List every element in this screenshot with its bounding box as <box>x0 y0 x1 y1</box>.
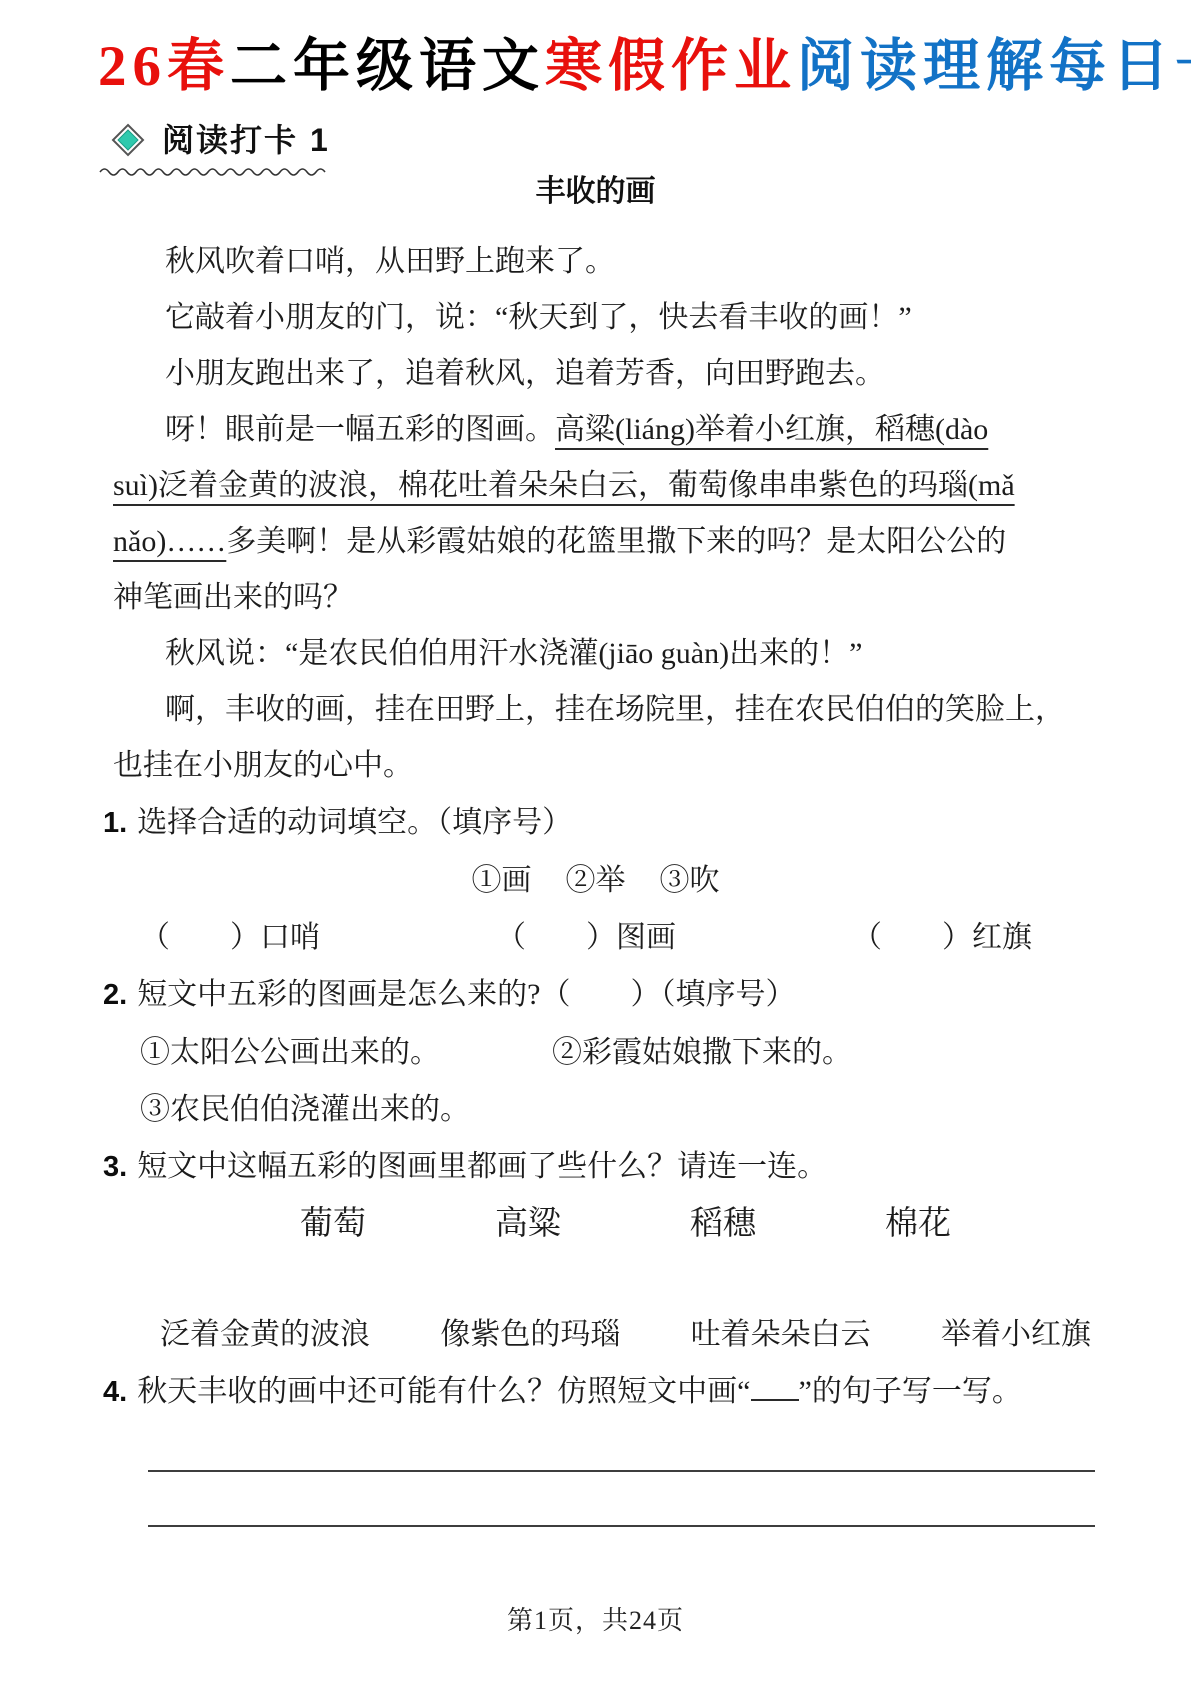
option-item: ②彩霞姑娘撒下来的。 <box>552 1024 852 1081</box>
match-item: 稻穗 <box>690 1196 756 1253</box>
passage-text: 啊，丰收的画，挂在田野上，挂在场院里，挂在农民伯伯的笑脸上， <box>165 693 1065 726</box>
passage-text: 小朋友跑出来了，追着秋风，追着芳香，向田野跑去。 <box>165 357 885 390</box>
passage-text: 也挂在小朋友的心中。 <box>113 749 413 782</box>
question-4-text-before: 秋天丰收的画中还可能有什么？仿照短文中画“ <box>137 1375 750 1408</box>
passage-text: 秋风吹着口哨，从田野上跑来了。 <box>165 245 615 278</box>
match-description: 吐着朵朵白云 <box>691 1306 871 1363</box>
option-item: ①太阳公公画出来的。 <box>140 1024 440 1081</box>
fill-blank: （ ）红旗 <box>852 909 1032 966</box>
answer-line <box>148 1525 1095 1527</box>
question-1-blanks: （ ）口哨 （ ）图画 （ ）红旗 <box>140 909 1191 966</box>
question-2-number: 2. <box>103 979 127 1011</box>
passage-line: 神笔画出来的吗？ <box>113 570 1078 626</box>
passage-line: suì)泛着金黄的波浪，棉花吐着朵朵白云，葡萄像串串紫色的玛瑙(mǎ <box>113 458 1078 514</box>
match-item: 棉花 <box>885 1196 951 1253</box>
passage-line: 秋风吹着口哨，从田野上跑来了。 <box>113 234 1078 290</box>
section-title-label: 阅读打卡 <box>162 122 298 158</box>
fill-blank: （ ）图画 <box>496 909 676 966</box>
option-item: ③吹 <box>660 852 720 909</box>
page-footer: 第1页，共24页 <box>0 1600 1191 1637</box>
match-description: 泛着金黄的波浪 <box>160 1306 370 1363</box>
question-2-options-row2: ③农民伯伯浇灌出来的。 <box>140 1081 1191 1138</box>
question-4-number: 4. <box>103 1376 127 1408</box>
fill-blank: （ ）口哨 <box>140 909 320 966</box>
match-description: 像紫色的玛瑙 <box>440 1306 620 1363</box>
question-3-number: 3. <box>103 1151 127 1183</box>
worksheet-page: 26春二年级语文寒假作业阅读理解每日一练 阅读打卡1 丰收的画 秋风吹着口哨，从… <box>0 0 1191 1684</box>
diamond-icon <box>110 122 146 158</box>
question-1: 1.选择合适的动词填空。（填序号） <box>103 794 1101 852</box>
question-3-text: 短文中这幅五彩的图画里都画了些什么？请连一连。 <box>137 1150 827 1183</box>
passage-line: 小朋友跑出来了，追着秋风，追着芳香，向田野跑去。 <box>113 346 1078 402</box>
match-description: 举着小红旗 <box>941 1306 1091 1363</box>
option-item: ③农民伯伯浇灌出来的。 <box>140 1093 470 1126</box>
question-3: 3.短文中这幅五彩的图画里都画了些什么？请连一连。 <box>103 1138 1101 1196</box>
question-4-text-after: ”的句子写一写。 <box>799 1375 1022 1408</box>
passage-line: 秋风说：“是农民伯伯用汗水浇灌(jiāo guàn)出来的！” <box>113 626 1078 682</box>
article-title: 丰收的画 <box>0 172 1191 212</box>
page-title-segment: 二年级语文 <box>230 35 545 98</box>
page-title: 26春二年级语文寒假作业阅读理解每日一练 <box>0 0 1191 100</box>
question-4: 4.秋天丰收的画中还可能有什么？仿照短文中画“”的句子写一写。 <box>103 1363 1101 1421</box>
passage-text: 神笔画出来的吗？ <box>113 581 353 614</box>
question-1-options: ①画 ②举 ③吹 <box>0 852 1191 909</box>
passage-text: 它敲着小朋友的门，说：“秋天到了，快去看丰收的画！” <box>165 301 912 334</box>
passage-underlined-text: 高粱(liáng)举着小红旗，稻穗(dào <box>555 413 988 446</box>
section-header: 阅读打卡1 <box>110 120 330 160</box>
option-item: ①画 <box>472 852 532 909</box>
question-1-text: 选择合适的动词填空。（填序号） <box>137 806 572 839</box>
inline-blank-line <box>751 1371 799 1401</box>
match-item: 葡萄 <box>300 1196 366 1253</box>
match-descriptions-row: 泛着金黄的波浪 像紫色的玛瑙 吐着朵朵白云 举着小红旗 <box>160 1306 1091 1363</box>
passage-line: 呀！眼前是一幅五彩的图画。高粱(liáng)举着小红旗，稻穗(dào <box>113 402 1078 458</box>
passage: 秋风吹着口哨，从田野上跑来了。 它敲着小朋友的门，说：“秋天到了，快去看丰收的画… <box>113 234 1078 794</box>
match-item: 高粱 <box>495 1196 561 1253</box>
section-title: 阅读打卡1 <box>162 120 330 160</box>
wavy-underline-icon <box>98 164 338 176</box>
page-title-segment: 寒假作业 <box>545 35 797 98</box>
question-2-text: 短文中五彩的图画是怎么来的?（ ）（填序号） <box>137 978 795 1011</box>
match-items-row: 葡萄 高粱 稻穗 棉花 <box>300 1196 951 1253</box>
passage-underlined-text: suì)泛着金黄的波浪，棉花吐着朵朵白云，葡萄像串串紫色的玛瑙(mǎ <box>113 469 1015 502</box>
passage-text: 多美啊！是从彩霞姑娘的花篮里撒下来的吗？是太阳公公的 <box>226 525 1006 558</box>
passage-line: 它敲着小朋友的门，说：“秋天到了，快去看丰收的画！” <box>113 290 1078 346</box>
question-2-options: ①太阳公公画出来的。 ②彩霞姑娘撒下来的。 <box>140 1024 1191 1081</box>
option-item: ②举 <box>566 852 626 909</box>
section-title-number: 1 <box>310 122 330 158</box>
passage-line: 啊，丰收的画，挂在田野上，挂在场院里，挂在农民伯伯的笑脸上， <box>113 682 1078 738</box>
passage-text: 呀！眼前是一幅五彩的图画。 <box>165 413 555 446</box>
question-1-number: 1. <box>103 807 127 839</box>
passage-underlined-text: nǎo)…… <box>113 525 226 558</box>
page-title-segment: 26春 <box>98 35 230 98</box>
answer-line <box>148 1470 1095 1472</box>
passage-line: nǎo)……多美啊！是从彩霞姑娘的花篮里撒下来的吗？是太阳公公的 <box>113 514 1078 570</box>
question-2: 2.短文中五彩的图画是怎么来的?（ ）（填序号） <box>103 966 1101 1024</box>
passage-line: 也挂在小朋友的心中。 <box>113 738 1078 794</box>
page-title-segment: 阅读理解每日一练 <box>797 35 1191 98</box>
passage-text: 秋风说：“是农民伯伯用汗水浇灌(jiāo guàn)出来的！” <box>165 637 862 670</box>
